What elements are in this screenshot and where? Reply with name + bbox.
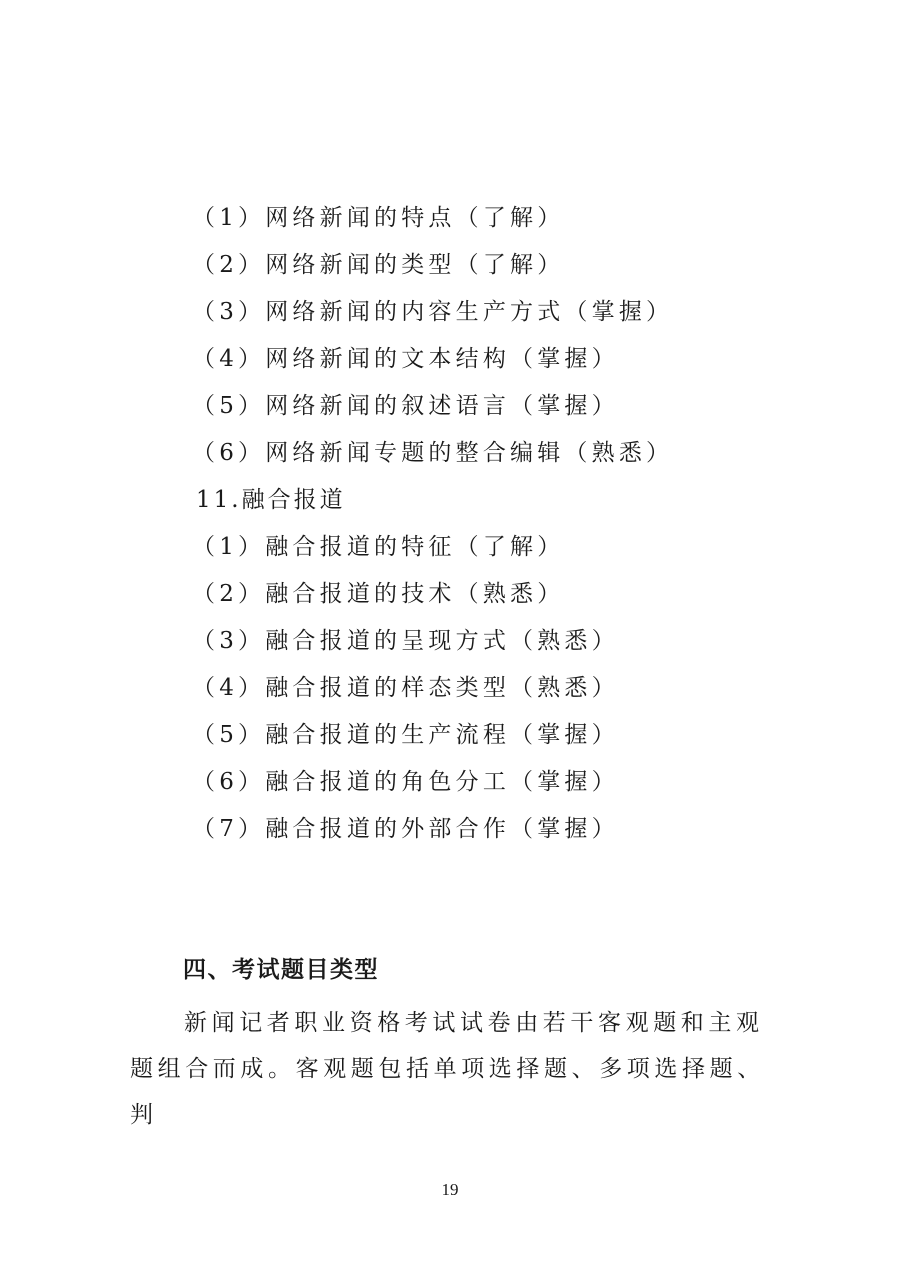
subsection-title: 11.融合报道 bbox=[192, 482, 673, 529]
list-item: （2）网络新闻的类型（了解） bbox=[192, 247, 673, 294]
paragraph-line: 新闻记者职业资格考试试卷由若干客观题和主观 bbox=[130, 1000, 780, 1046]
section-heading: 四、考试题目类型 bbox=[183, 952, 379, 988]
list-item: （6）网络新闻专题的整合编辑（熟悉） bbox=[192, 435, 673, 482]
list-item: （3）融合报道的呈现方式（熟悉） bbox=[192, 623, 673, 670]
list-item: （5）融合报道的生产流程（掌握） bbox=[192, 717, 673, 764]
document-page: （1）网络新闻的特点（了解） （2）网络新闻的类型（了解） （3）网络新闻的内容… bbox=[0, 0, 900, 1272]
syllabus-list: （1）网络新闻的特点（了解） （2）网络新闻的类型（了解） （3）网络新闻的内容… bbox=[192, 200, 673, 858]
paragraph-line: 题组合而成。客观题包括单项选择题、多项选择题、判 bbox=[130, 1046, 780, 1138]
page-number: 19 bbox=[0, 1180, 900, 1200]
list-item: （1）网络新闻的特点（了解） bbox=[192, 200, 673, 247]
list-item: （4）网络新闻的文本结构（掌握） bbox=[192, 341, 673, 388]
list-item: （1）融合报道的特征（了解） bbox=[192, 529, 673, 576]
list-item: （7）融合报道的外部合作（掌握） bbox=[192, 811, 673, 858]
body-paragraph: 新闻记者职业资格考试试卷由若干客观题和主观 题组合而成。客观题包括单项选择题、多… bbox=[130, 1000, 780, 1138]
list-item: （3）网络新闻的内容生产方式（掌握） bbox=[192, 294, 673, 341]
list-item: （6）融合报道的角色分工（掌握） bbox=[192, 764, 673, 811]
list-item: （5）网络新闻的叙述语言（掌握） bbox=[192, 388, 673, 435]
list-item: （2）融合报道的技术（熟悉） bbox=[192, 576, 673, 623]
list-item: （4）融合报道的样态类型（熟悉） bbox=[192, 670, 673, 717]
